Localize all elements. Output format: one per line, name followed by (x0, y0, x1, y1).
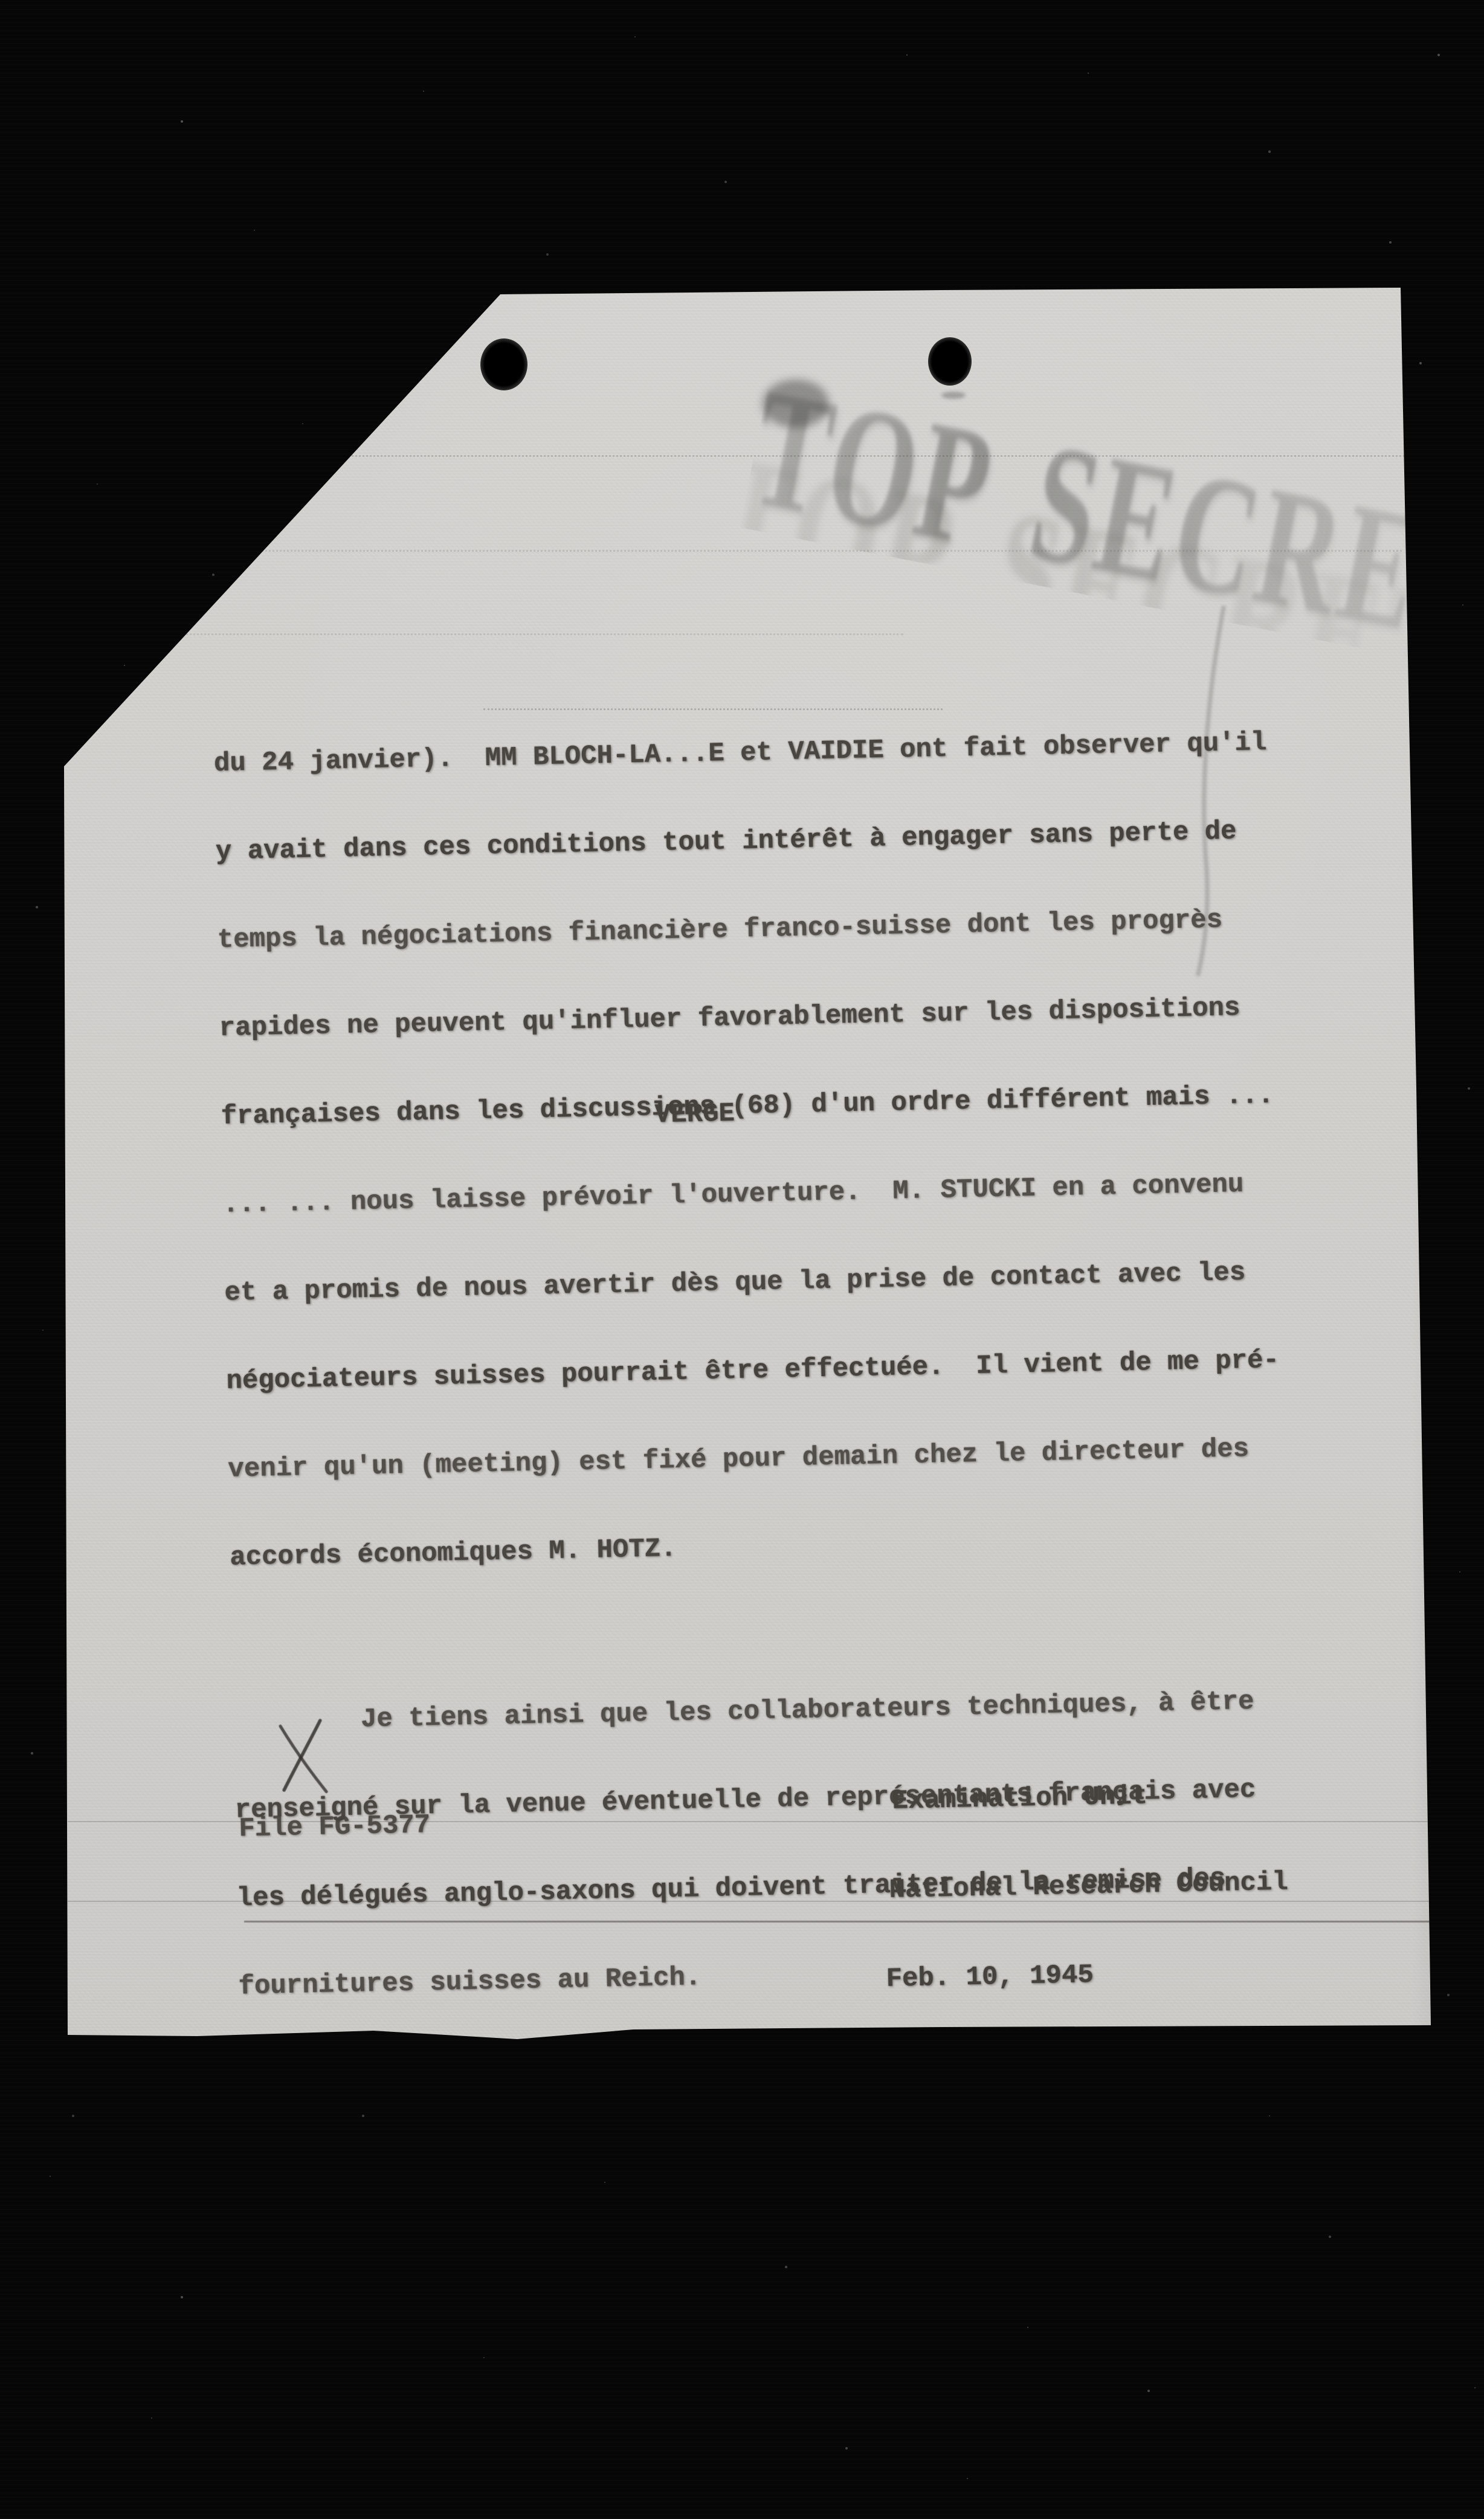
origin-block: Examination Unit National Research Counc… (891, 1719, 1291, 2054)
body-line: négociateurs suisses pourrait être effec… (226, 1347, 1279, 1395)
body-line: ... ... nous laisse prévoir l'ouverture.… (222, 1170, 1276, 1219)
body-line: accords économiques M. HOTZ. (230, 1523, 1283, 1572)
film-speckles (0, 0, 1, 1)
document-page: TOP SECRET du 24 janvier). MM BLOCH-LA..… (0, 0, 1484, 2519)
signature-verge: VERGE (654, 1100, 735, 1130)
body-line: rapides ne peuvent qu'influer favorablem… (219, 994, 1272, 1043)
body-line: venir qu'un (meeting) est fixé pour dema… (228, 1435, 1281, 1484)
file-number: File FG-5377 (239, 1811, 431, 1843)
x-mark-annotation (274, 1715, 334, 1795)
paragraph-gap (231, 1611, 1285, 1648)
body-line: temps la négociations financière franco-… (217, 905, 1270, 954)
typed-content-layer: du 24 janvier). MM BLOCH-LA...E et VAIDI… (0, 0, 1484, 2519)
body-line: françaises dans les discussions (68) d'u… (221, 1082, 1274, 1131)
org-line-council: National Research Council (889, 1869, 1288, 1905)
org-line-unit: Examination Unit (892, 1780, 1286, 1816)
body-line: y avait dans ces conditions tout intérêt… (215, 817, 1268, 866)
body-line: et a promis de nous avertir dès que la p… (224, 1258, 1277, 1307)
scanned-document-frame: TOP SECRET du 24 janvier). MM BLOCH-LA..… (0, 0, 1484, 2519)
org-line-date: Feb. 10, 1945 (886, 1958, 1290, 1994)
body-line: du 24 janvier). MM BLOCH-LA...E et VAIDI… (214, 729, 1267, 778)
